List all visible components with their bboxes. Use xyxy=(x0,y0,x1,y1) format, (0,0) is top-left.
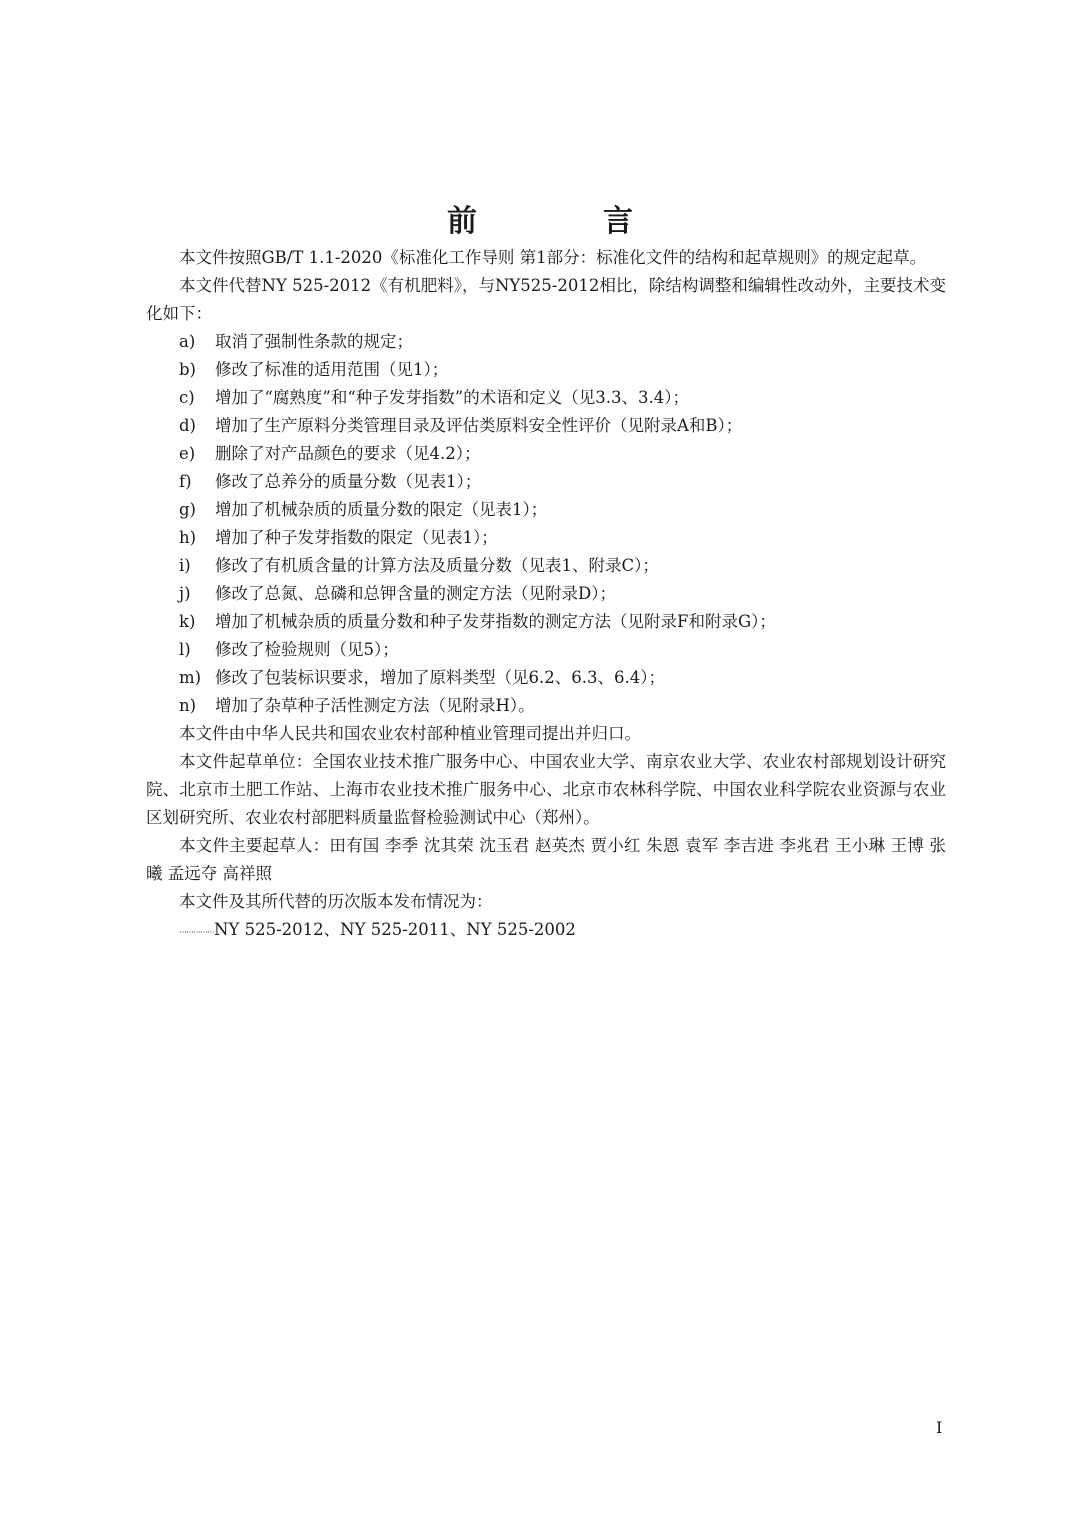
list-marker: g) xyxy=(179,496,215,524)
list-item: d)增加了生产原料分类管理目录及评估类原料安全性评价（见附录A和B）； xyxy=(146,412,946,440)
list-item-text: 修改了有机质含量的计算方法及质量分数（见表1、附录C）； xyxy=(215,552,659,580)
leader-dots: …………… xyxy=(179,926,214,935)
list-marker: m) xyxy=(179,664,215,692)
list-marker: b) xyxy=(179,356,215,384)
list-item: b)修改了标准的适用范围（见1）； xyxy=(146,356,946,384)
list-marker: e) xyxy=(179,440,215,468)
document-page: 前 言 本文件按照GB/T 1.1-2020《标准化工作导则 第1部分：标准化文… xyxy=(0,0,1080,1527)
list-item: c)增加了“腐熟度”和“种子发芽指数”的术语和定义（见3.3、3.4）； xyxy=(146,384,946,412)
list-item: e)删除了对产品颜色的要求（见4.2）； xyxy=(146,440,946,468)
list-marker: c) xyxy=(179,384,215,412)
list-item-text: 修改了包装标识要求，增加了原料类型（见6.2、6.3、6.4）； xyxy=(215,664,665,692)
list-item-text: 修改了总养分的质量分数（见表1）； xyxy=(215,468,481,496)
paragraph-history: ……………NY 525-2012、NY 525-2011、NY 525-2002 xyxy=(146,916,946,945)
list-item-text: 删除了对产品颜色的要求（见4.2）； xyxy=(215,440,481,468)
paragraph-drafting-units: 本文件起草单位：全国农业技术推广服务中心、中国农业大学、南京农业大学、农业农村部… xyxy=(146,748,946,832)
list-marker: l) xyxy=(179,636,215,664)
list-item: i)修改了有机质含量的计算方法及质量分数（见表1、附录C）； xyxy=(146,552,946,580)
list-item: j)修改了总氮、总磷和总钾含量的测定方法（见附录D）； xyxy=(146,580,946,608)
list-item: n)增加了杂草种子活性测定方法（见附录H）。 xyxy=(146,692,946,720)
list-item-text: 修改了标准的适用范围（见1）； xyxy=(215,356,448,384)
list-item: k)增加了机械杂质的质量分数和种子发芽指数的测定方法（见附录F和附录G）； xyxy=(146,608,946,636)
page-title: 前 言 xyxy=(0,196,1080,240)
list-item: f)修改了总养分的质量分数（见表1）； xyxy=(146,468,946,496)
paragraph-proposer: 本文件由中华人民共和国农业农村部种植业管理司提出并归口。 xyxy=(146,720,946,748)
list-marker: n) xyxy=(179,692,215,720)
paragraph-history-intro: 本文件及其所代替的历次版本发布情况为： xyxy=(146,888,946,916)
list-item-text: 取消了强制性条款的规定； xyxy=(215,328,413,356)
list-item-text: 增加了机械杂质的质量分数的限定（见表1）； xyxy=(215,496,547,524)
list-item-text: 增加了种子发芽指数的限定（见表1）； xyxy=(215,524,498,552)
list-item: g)增加了机械杂质的质量分数的限定（见表1）； xyxy=(146,496,946,524)
document-body: 本文件按照GB/T 1.1-2020《标准化工作导则 第1部分：标准化文件的结构… xyxy=(146,244,946,945)
list-item-text: 增加了杂草种子活性测定方法（见附录H）。 xyxy=(215,692,535,720)
history-versions: NY 525-2012、NY 525-2011、NY 525-2002 xyxy=(214,920,576,939)
list-item-text: 增加了机械杂质的质量分数和种子发芽指数的测定方法（见附录F和附录G）； xyxy=(215,608,776,636)
list-marker: a) xyxy=(179,328,215,356)
list-marker: i) xyxy=(179,552,215,580)
paragraph-replacement: 本文件代替NY 525-2012《有机肥料》，与NY525-2012相比，除结构… xyxy=(146,272,946,328)
list-item: m)修改了包装标识要求，增加了原料类型（见6.2、6.3、6.4）； xyxy=(146,664,946,692)
changes-list: a)取消了强制性条款的规定； b)修改了标准的适用范围（见1）； c)增加了“腐… xyxy=(146,328,946,720)
paragraph-drafters: 本文件主要起草人：田有国 李季 沈其荣 沈玉君 赵英杰 贾小红 朱恩 袁军 李吉… xyxy=(146,832,946,888)
list-marker: k) xyxy=(179,608,215,636)
paragraph-drafting-rules: 本文件按照GB/T 1.1-2020《标准化工作导则 第1部分：标准化文件的结构… xyxy=(146,244,946,272)
list-item-text: 修改了总氮、总磷和总钾含量的测定方法（见附录D）； xyxy=(215,580,616,608)
list-item-text: 增加了生产原料分类管理目录及评估类原料安全性评价（见附录A和B）； xyxy=(215,412,742,440)
page-number: I xyxy=(936,1418,942,1437)
list-item-text: 修改了检验规则（见5）； xyxy=(215,636,399,664)
list-marker: f) xyxy=(179,468,215,496)
list-marker: h) xyxy=(179,524,215,552)
list-item: a)取消了强制性条款的规定； xyxy=(146,328,946,356)
list-marker: j) xyxy=(179,580,215,608)
list-item-text: 增加了“腐熟度”和“种子发芽指数”的术语和定义（见3.3、3.4）； xyxy=(215,384,689,412)
list-item: l)修改了检验规则（见5）； xyxy=(146,636,946,664)
list-marker: d) xyxy=(179,412,215,440)
list-item: h)增加了种子发芽指数的限定（见表1）； xyxy=(146,524,946,552)
